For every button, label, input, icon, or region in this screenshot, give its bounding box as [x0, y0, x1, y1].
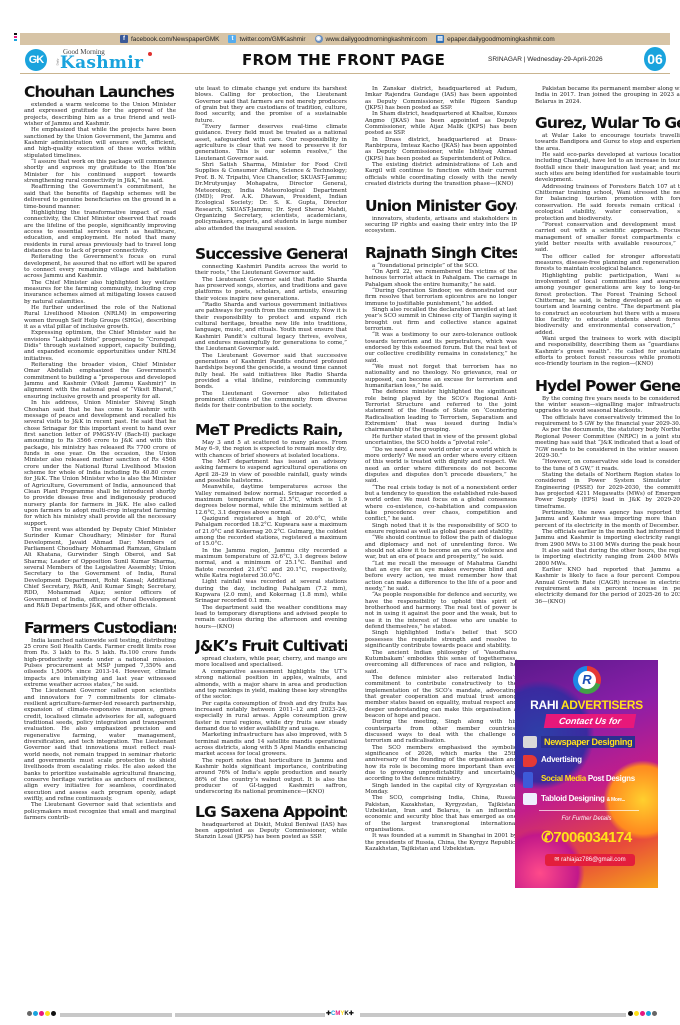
paragraph: Shri Satish Sharma, Minister for Food Ci…: [195, 162, 347, 232]
paragraph: Addressing trainees of Foresters Batch 1…: [535, 184, 680, 222]
headline[interactable]: Union Minister Goyal: [365, 198, 517, 215]
story-hydel-power: Hydel Power Generation By the coming fiv…: [535, 378, 680, 605]
paragraph: In Sham district, headquartered at Khalt…: [365, 111, 517, 136]
paragraph: The officials earlier in the month had i…: [535, 529, 680, 548]
paragraph: Marketing infrastructure has also improv…: [195, 732, 347, 757]
paragraph: “The real crisis today is not of a nonex…: [365, 485, 517, 523]
section-title: FROM THE FRONT PAGE: [242, 51, 445, 69]
paragraph: ute least to climate change yet endure i…: [195, 86, 347, 124]
paragraph: In his address, Union Minister Shivraj S…: [24, 400, 176, 527]
paragraph: In Zanskar district, headquartered at Pa…: [365, 86, 517, 111]
facebook-icon: f: [120, 35, 128, 43]
story-continuation-districts: In Zanskar district, headquartered at Pa…: [365, 86, 517, 188]
paragraph: Light rainfall was recorded at several s…: [195, 579, 347, 604]
website-link[interactable]: ◉ www.dailygoodmorningkashmir.com: [315, 35, 428, 43]
tabloid-label: Tabloid Designing: [541, 794, 605, 803]
rahi-advertisers-ad[interactable]: R RAHI ADVERTISERS Contact Us for Newspa…: [515, 660, 658, 888]
paragraph: During the meeting, Singh along with his…: [365, 719, 517, 744]
paragraph: at Wular Lake to encourage tourists trav…: [535, 133, 680, 152]
story-met-predicts-rain: MeT Predicts Rain, May 3 and 5 at scatte…: [195, 422, 347, 630]
color-dots-left: [27, 1011, 56, 1016]
paragraph: “We must not forget that terrorism has n…: [365, 364, 517, 389]
paragraph: By the coming five years needs to be con…: [535, 396, 680, 415]
divider: [539, 810, 639, 811]
paragraph: Reaffirming the Government’s commitment,…: [24, 184, 176, 209]
page-number: 06: [644, 47, 666, 71]
paragraph: “We should continue to follow the path o…: [365, 535, 517, 560]
service-newspaper: Newspaper Designing: [541, 736, 635, 748]
paragraph: “Every farmer deserves real-time climate…: [195, 124, 347, 162]
epaper-link[interactable]: ▤ epaper.dailygoodmorningkashmir.com: [436, 35, 555, 43]
headline[interactable]: Successive Generations: [195, 246, 347, 263]
paragraph: Pertinently, the news agency has reporte…: [535, 510, 680, 529]
paragraph: Singh noted that it is the responsibilit…: [365, 523, 517, 536]
paragraph: extended a warm welcome to the Union Min…: [24, 102, 176, 127]
paragraph: The Lieutenant Governor said that Radio …: [195, 277, 347, 302]
paragraph: “However, on conservative side load is c…: [535, 459, 680, 472]
phone-number: 7006034174: [553, 829, 631, 846]
email-address: rahiajaz786@gmail.com: [561, 857, 625, 863]
paragraph: The Chief Minister also highlighted key …: [24, 280, 176, 305]
social-rest: Post Designs: [588, 774, 635, 783]
paragraph: “Forest conservation and development mus…: [535, 222, 680, 254]
paragraph: “On April 22, we remembered the victims …: [365, 269, 517, 288]
paragraph: “It was a testimony to our zero-toleranc…: [365, 332, 517, 364]
newspaper-icon: [523, 736, 537, 748]
brand-part1: RAHI: [530, 698, 558, 712]
paragraph: Pakistan became its permanent member alo…: [535, 86, 680, 105]
logo-letter: R: [578, 671, 596, 689]
social-accent: Social Media: [541, 774, 586, 783]
paragraph: Wani urged the trainees to work with dis…: [535, 336, 680, 368]
twitter-icon: t: [228, 35, 236, 43]
paragraph: India launched nationwide soil testing, …: [24, 638, 176, 689]
paragraph: The Lieutenant Governor called upon scie…: [24, 688, 176, 802]
registration-mark: [14, 33, 17, 43]
paragraph: Reiterating the Government’s focus on ru…: [24, 254, 176, 279]
footer-rule: [360, 1013, 626, 1017]
paragraph: The event was attended by Deputy Chief M…: [24, 527, 176, 609]
ad-contact-label: Contact Us for: [544, 714, 636, 728]
page-header: f facebook.com/NewspaperGMK t twitter.co…: [20, 33, 670, 75]
paragraph: He said eco-parks developed at various l…: [535, 152, 680, 184]
twitter-link[interactable]: t twitter.com/GMKashmir: [228, 35, 305, 43]
headline[interactable]: Farmers Custodians: [24, 620, 176, 637]
headline[interactable]: Hydel Power Generation: [535, 378, 680, 395]
tabloid-more: & More...: [607, 797, 625, 803]
story-rajnath-singh-cites: Rajnath Singh Cites a “foundational prin…: [365, 245, 517, 853]
paragraph: The officials have conservatively trimme…: [535, 415, 680, 428]
tabloid-icon: [523, 793, 537, 805]
column-3: In Zanskar district, headquartered at Pa…: [365, 80, 517, 1010]
paragraph: A comparative assessment highlights the …: [195, 669, 347, 701]
paragraph: “Radio Sharda and various government ini…: [195, 302, 347, 353]
paragraph: In the Jammu region, Jammu city recorded…: [195, 548, 347, 580]
story-fruit-cultivation: J&K’s Fruit Cultivation spread clusters,…: [195, 638, 347, 796]
paragraph: The Lieutenant Governor said that scient…: [24, 802, 176, 821]
logo-wordmark: Kashmir: [60, 53, 143, 73]
ad-brand: RAHI ADVERTISERS: [515, 698, 658, 712]
paragraph: In Drass district, headquartered at Dras…: [365, 137, 517, 162]
service-advertising: Advertising: [541, 755, 582, 764]
paragraph: Highlighting public participation, Wani …: [535, 273, 680, 336]
paragraph: He further underlined the role of the Na…: [24, 305, 176, 330]
paragraph: The defence minister highlighted the sig…: [365, 389, 517, 433]
paragraph: The MeT department has issued an advisor…: [195, 459, 347, 484]
headline[interactable]: Rajnath Singh Cites: [365, 245, 517, 262]
paragraph: He further stated that in view of the pr…: [365, 434, 517, 447]
phone-social-icon: [523, 772, 533, 788]
paragraph: Qazigund registered a high of 20.0°C, wh…: [195, 516, 347, 548]
paragraph: Reiterating the broader vision, Chief Mi…: [24, 362, 176, 400]
social-links-bar: f facebook.com/NewspaperGMK t twitter.co…: [20, 33, 670, 45]
paragraph: spread clusters, while pear, cherry, and…: [195, 656, 347, 669]
masthead: GK Good Morning Daily Kashmir FROM THE F…: [20, 46, 670, 74]
paragraph: Earlier KNO had reported that Jammu and …: [535, 567, 680, 605]
headline[interactable]: J&K’s Fruit Cultivation: [195, 638, 347, 655]
paragraph: It also said that during the other hours…: [535, 548, 680, 567]
paragraph: Meanwhile, daytime temperatures across t…: [195, 484, 347, 516]
story-successive-generations: Successive Generations connecting Kashmi…: [195, 246, 347, 410]
story-chouhan-launches: Chouhan Launches extended a warm welcome…: [24, 84, 176, 610]
ad-further-details: For Further Details: [515, 816, 658, 822]
megaphone-icon: [523, 755, 537, 767]
paragraph: Singh highlighted India’s belief that SC…: [365, 630, 517, 649]
cmyk-mark: ✚CMYK✚: [326, 1010, 354, 1017]
headline[interactable]: MeT Predicts Rain,: [195, 422, 347, 439]
paragraph: The Lieutenant Governor also felicitated…: [195, 391, 347, 410]
paragraph: The defence minister also reiterated Ind…: [365, 675, 517, 719]
headline[interactable]: Chouhan Launches: [24, 84, 176, 101]
paragraph: The SCO members emphasised the symbolic …: [365, 745, 517, 783]
paragraph: Stating the details of Northern Region s…: [535, 472, 680, 510]
paragraph: The officer called for stronger afforest…: [535, 254, 680, 273]
story-continuation-sco: Pakistan became its permanent member alo…: [535, 86, 680, 105]
facebook-link[interactable]: f facebook.com/NewspaperGMK: [120, 35, 219, 43]
story-continuation-farmers: ute least to climate change yet endure i…: [195, 86, 347, 232]
story-lg-saxena-appoints: LG Saxena Appoints headquartered at Disk…: [195, 804, 347, 841]
column-1: Chouhan Launches extended a warm welcome…: [24, 80, 176, 1010]
paragraph: As per the documents, the statutory body…: [535, 427, 680, 459]
rahi-logo-icon: R: [573, 666, 601, 694]
globe-icon: ◉: [315, 35, 323, 43]
paragraph: Per capita consumption of fresh and dry …: [195, 701, 347, 733]
paragraph: “Do we need a new world order or a world…: [365, 447, 517, 485]
story-farmers-custodians: Farmers Custodians India launched nation…: [24, 620, 176, 822]
logo-dot: [148, 52, 152, 56]
paragraph: “I assure that work on this package will…: [24, 159, 176, 184]
paragraph: The SCO, comprising India, China, Russia…: [365, 795, 517, 833]
paragraph: The department said the weather conditio…: [195, 605, 347, 630]
brand-part2: ADVERTISERS: [561, 698, 643, 712]
paragraph: The report notes that horticulture in Ja…: [195, 758, 347, 796]
color-dots-right: [628, 1011, 657, 1016]
paragraph: “During Operation Sindoor, we demonstrat…: [365, 288, 517, 307]
paragraph: Singh landed in the capital city of Kyrg…: [365, 783, 517, 796]
headline[interactable]: LG Saxena Appoints: [195, 804, 347, 821]
dateline: SRINAGAR | Wednesday-29-April-2026: [488, 56, 603, 63]
footer-rule: [175, 1013, 325, 1017]
paragraph: “As people responsible for defence and s…: [365, 592, 517, 630]
paragraph: The Lieutenant Governor said that succes…: [195, 353, 347, 391]
footer-rule: [60, 1013, 172, 1017]
paragraph: It was founded at a summit in Shanghai i…: [365, 833, 517, 852]
paragraph: Singh also recalled the declaration unve…: [365, 307, 517, 332]
story-union-minister-goyal: Union Minister Goyal innovators, student…: [365, 198, 517, 235]
paragraph: The existing district administrations of…: [365, 162, 517, 187]
epaper-icon: ▤: [436, 35, 444, 43]
headline[interactable]: Gurez, Wular To Get: [535, 115, 680, 132]
paragraph: May 3 and 5 at scattered to many places.…: [195, 440, 347, 459]
paragraph: innovators, students, artisans and stake…: [365, 216, 517, 235]
story-gurez-wular: Gurez, Wular To Get at Wular Lake to enc…: [535, 115, 680, 368]
phone-icon: ✆: [541, 829, 553, 846]
ad-email[interactable]: ✉ rahiajaz786@gmail.com: [545, 854, 635, 866]
service-tabloid: Tabloid Designing & More...: [541, 794, 625, 803]
paragraph: “Let me recall the message of Mahatma Ga…: [365, 561, 517, 593]
logo-badge[interactable]: GK: [25, 49, 47, 71]
paragraph: Highlighting the transformative impact o…: [24, 210, 176, 254]
column-2: ute least to climate change yet endure i…: [195, 80, 347, 1010]
paragraph: Expressing optimism, the Chief Minister …: [24, 330, 176, 362]
paragraph: He emphasized that while the projects ha…: [24, 127, 176, 159]
ad-phone[interactable]: ✆7006034174: [515, 828, 658, 846]
paragraph: The ancient Indian philosophy of ‘Vasudh…: [365, 650, 517, 675]
service-social-media: Social Media Post Designs: [541, 774, 635, 783]
logo-daily: Daily: [55, 59, 59, 66]
paragraph: connecting Kashmiri Pandits across the w…: [195, 264, 347, 277]
paragraph: headquartered at Diskit, Mukul Beniwal (…: [195, 822, 347, 841]
